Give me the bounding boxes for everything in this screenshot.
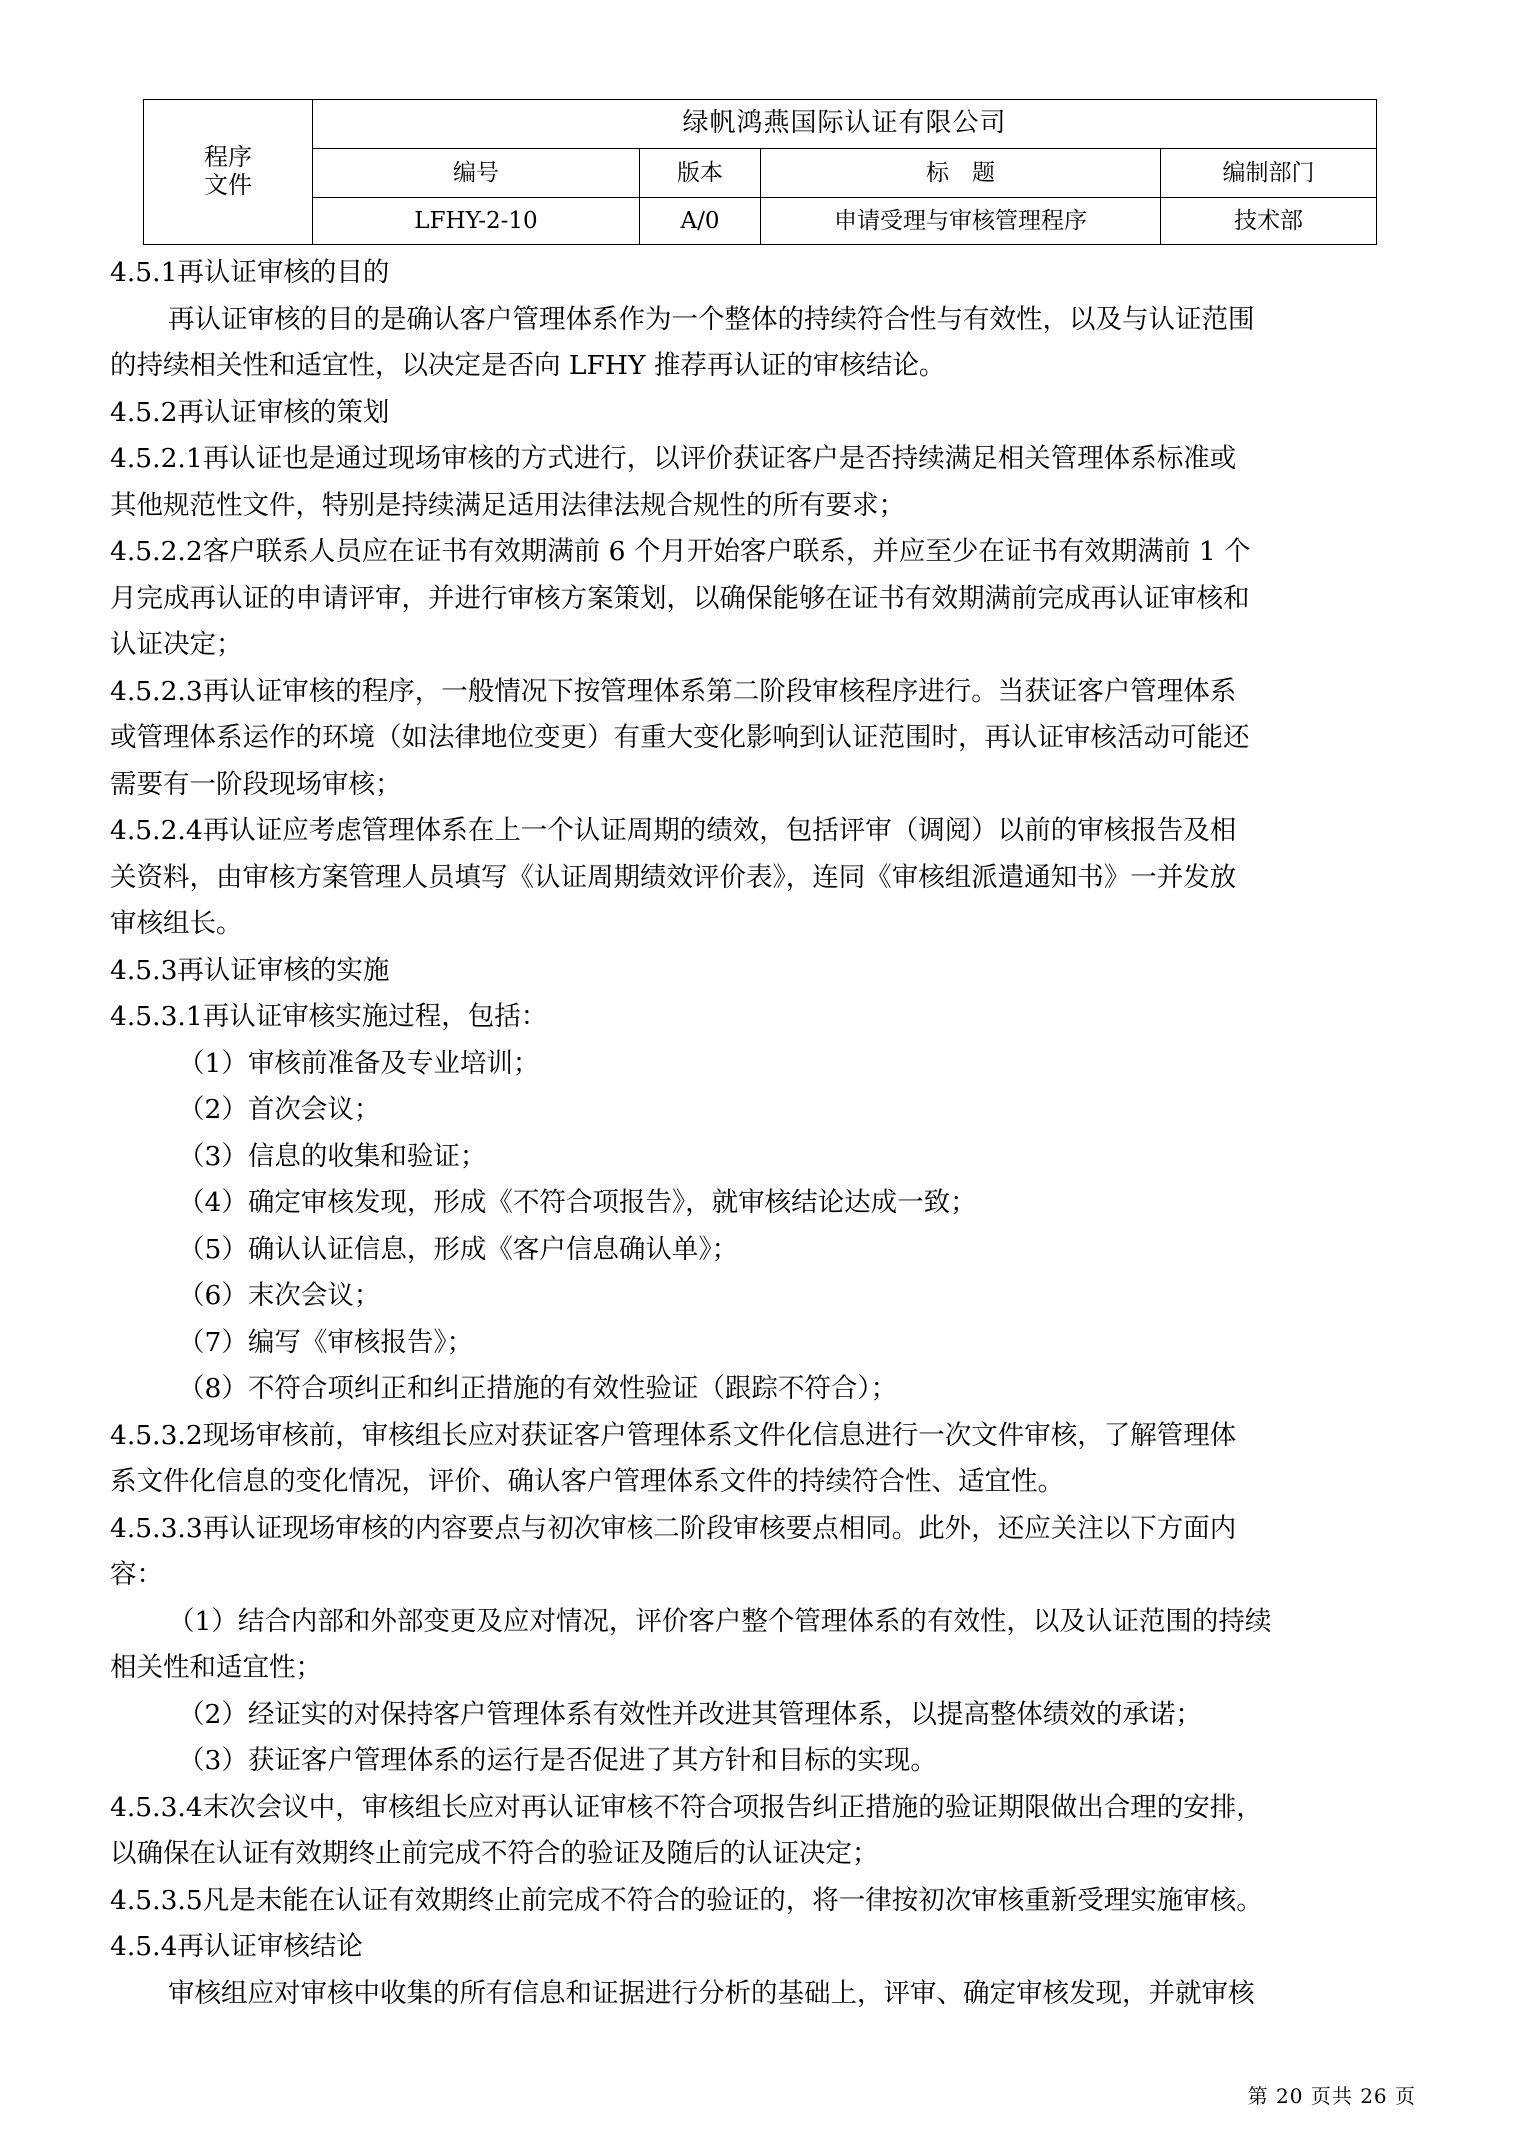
col-header-version: 版本: [640, 149, 761, 198]
col-header-department: 编制部门: [1161, 149, 1377, 198]
body-line: 4.5.2.4再认证应考虑管理体系在上一个认证周期的绩效，包括评审（调阅）以前的…: [110, 808, 1416, 855]
body-line: 关资料，由审核方案管理人员填写《认证周期绩效评价表》，连同《审核组派遣通知书》一…: [110, 855, 1416, 902]
body-line: 其他规范性文件，特别是持续满足适用法律法规合规性的所有要求；: [110, 483, 1416, 530]
company-name: 绿帆鸿燕国际认证有限公司: [313, 100, 1377, 149]
body-line: 4.5.3.3再认证现场审核的内容要点与初次审核二阶段审核要点相同。此外，还应关…: [110, 1506, 1416, 1553]
body-line: 的持续相关性和适宜性，以决定是否向 LFHY 推荐再认证的审核结论。: [110, 343, 1416, 390]
body-line: 认证决定；: [110, 622, 1416, 669]
body-line: 月完成再认证的申请评审，并进行审核方案策划，以确保能够在证书有效期满前完成再认证…: [110, 576, 1416, 623]
col-header-title: 标 题: [761, 149, 1161, 198]
document-header-table: 程序 文件 绿帆鸿燕国际认证有限公司 编号 版本 标 题 编制部门 LFHY-2…: [143, 99, 1377, 245]
section-heading: 4.5.1再认证审核的目的: [110, 250, 1416, 297]
body-line: （7）编写《审核报告》；: [110, 1320, 1416, 1367]
body-line: 相关性和适宜性；: [110, 1645, 1416, 1692]
body-line: 4.5.3.4末次会议中，审核组长应对再认证审核不符合项报告纠正措施的验证期限做…: [110, 1785, 1416, 1832]
body-line: 审核组应对审核中收集的所有信息和证据进行分析的基础上，评审、确定审核发现，并就审…: [110, 1971, 1416, 2018]
body-line: （5）确认认证信息，形成《客户信息确认单》；: [110, 1227, 1416, 1274]
body-line: （2）经证实的对保持客户管理体系有效性并改进其管理体系，以提高整体绩效的承诺；: [110, 1692, 1416, 1739]
body-line: （2）首次会议；: [110, 1087, 1416, 1134]
doc-version-value: A/0: [640, 198, 761, 245]
body-line: （8）不符合项纠正和纠正措施的有效性验证（跟踪不符合）；: [110, 1366, 1416, 1413]
body-line: 4.5.3.5凡是未能在认证有效期终止前完成不符合的验证的，将一律按初次审核重新…: [110, 1878, 1416, 1925]
doc-title-value: 申请受理与审核管理程序: [761, 198, 1161, 245]
page-number: 第 20 页共 26 页: [1180, 2080, 1416, 2109]
doc-department-value: 技术部: [1161, 198, 1377, 245]
doc-type-line1: 程序: [144, 144, 312, 172]
body-line: 审核组长。: [110, 901, 1416, 948]
section-heading: 4.5.2再认证审核的策划: [110, 390, 1416, 437]
body-line: 系文件化信息的变化情况，评价、确认客户管理体系文件的持续符合性、适宜性。: [110, 1459, 1416, 1506]
body-line: （6）末次会议；: [110, 1273, 1416, 1320]
doc-type-line2: 文件: [144, 172, 312, 200]
body-line: 再认证审核的目的是确认客户管理体系作为一个整体的持续符合性与有效性，以及与认证范…: [110, 297, 1416, 344]
body-line: 容：: [110, 1552, 1416, 1599]
section-heading: 4.5.3再认证审核的实施: [110, 948, 1416, 995]
doc-type-cell: 程序 文件: [144, 100, 313, 245]
document-page: 程序 文件 绿帆鸿燕国际认证有限公司 编号 版本 标 题 编制部门 LFHY-2…: [0, 0, 1514, 2140]
body-line: （4）确定审核发现，形成《不符合项报告》，就审核结论达成一致；: [110, 1180, 1416, 1227]
col-header-number: 编号: [313, 149, 640, 198]
body-line: 以确保在认证有效期终止前完成不符合的验证及随后的认证决定；: [110, 1831, 1416, 1878]
body-line: 4.5.3.1再认证审核实施过程，包括：: [110, 994, 1416, 1041]
body-line: 4.5.2.3再认证审核的程序，一般情况下按管理体系第二阶段审核程序进行。当获证…: [110, 669, 1416, 716]
body-line: 或管理体系运作的环境（如法律地位变更）有重大变化影响到认证范围时，再认证审核活动…: [110, 715, 1416, 762]
body-line: 4.5.2.2客户联系人员应在证书有效期满前 6 个月开始客户联系，并应至少在证…: [110, 529, 1416, 576]
body-line: 4.5.2.1再认证也是通过现场审核的方式进行，以评价获证客户是否持续满足相关管…: [110, 436, 1416, 483]
section-heading: 4.5.4再认证审核结论: [110, 1924, 1416, 1971]
body-line: 4.5.3.2现场审核前，审核组长应对获证客户管理体系文件化信息进行一次文件审核…: [110, 1413, 1416, 1460]
body-line: （1）审核前准备及专业培训；: [110, 1041, 1416, 1088]
body-line: （3）信息的收集和验证；: [110, 1134, 1416, 1181]
body-line: （1）结合内部和外部变更及应对情况，评价客户整个管理体系的有效性，以及认证范围的…: [110, 1599, 1416, 1646]
doc-number-value: LFHY-2-10: [313, 198, 640, 245]
body-line: （3）获证客户管理体系的运行是否促进了其方针和目标的实现。: [110, 1738, 1416, 1785]
body-line: 需要有一阶段现场审核；: [110, 762, 1416, 809]
document-body: 4.5.1再认证审核的目的再认证审核的目的是确认客户管理体系作为一个整体的持续符…: [110, 250, 1416, 2017]
